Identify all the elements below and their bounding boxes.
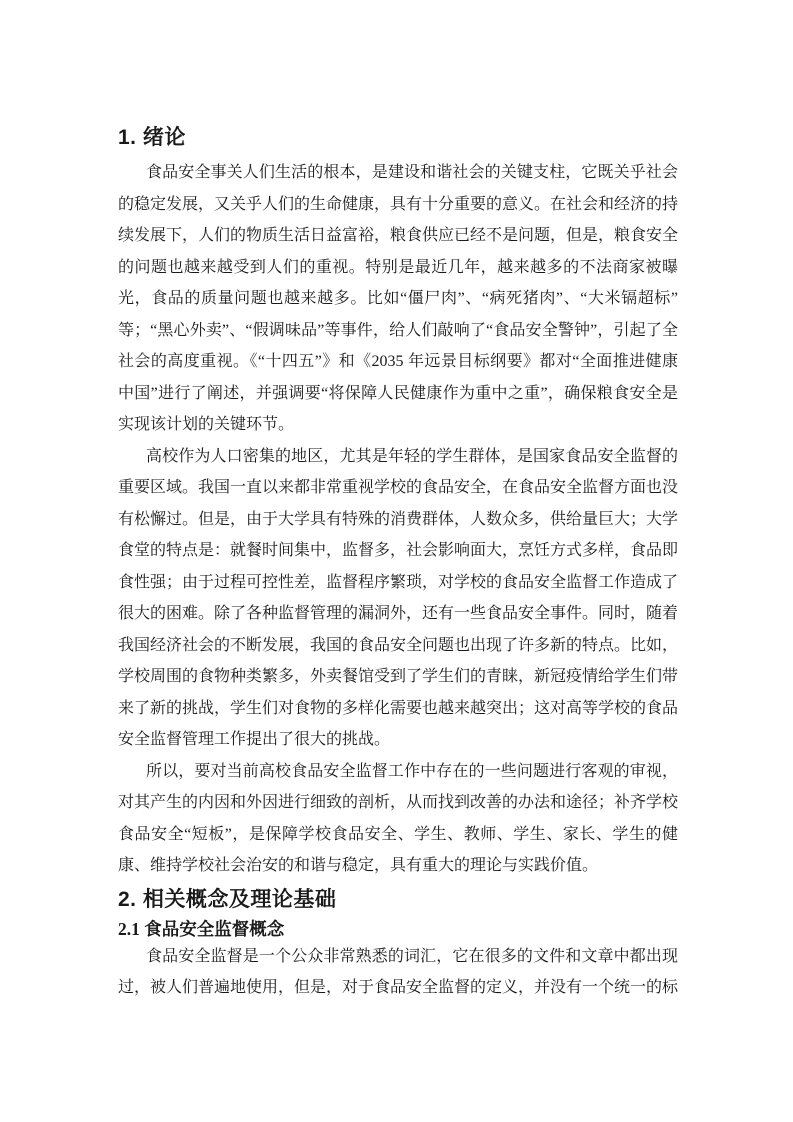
section-1-heading: 1. 绪论 [118,124,678,151]
section-2-1-subheading: 2.1 食品安全监督概念 [118,917,678,941]
section-2-1-paragraph-1: 食品安全监督是一个公众非常熟悉的词汇，它在很多的文件和文章中都出现过，被人们普遍… [118,941,678,1004]
section-1-paragraph-3: 所以，要对当前高校食品安全监督工作中存在的一些问题进行客观的审视，对其产生的内因… [118,756,678,882]
document-page: 1. 绪论 食品安全事关人们生活的根本，是建设和谐社会的关键支柱，它既关乎社会的… [0,0,793,1122]
section-1-paragraph-1: 食品安全事关人们生活的根本，是建设和谐社会的关键支柱，它既关乎社会的稳定发展，又… [118,157,678,441]
section-1-paragraph-2: 高校作为人口密集的地区，尤其是年轻的学生群体，是国家食品安全监督的重要区域。我国… [118,441,678,756]
section-2-heading: 2. 相关概念及理论基础 [118,886,678,913]
